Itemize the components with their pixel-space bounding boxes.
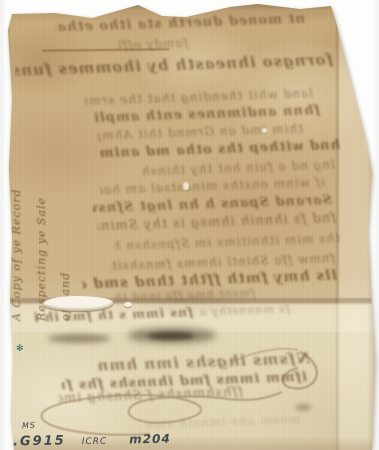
docket-line: Respecting ye Sale [35, 171, 48, 321]
catalog-shelfmark: .G915 [13, 433, 66, 449]
paper-shadow: nt moned duerth sta itho ethand farsty i… [0, 0, 379, 450]
torn-hole [43, 296, 113, 311]
handwriting-line: ths mim ithnitims im Sfpnshsn hamd thim [115, 231, 340, 253]
handwriting-line: lng nd a fuin hnt thy thinsh mith ha ym … [135, 158, 335, 179]
handwriting-line: ifmm imms fmd ihnnshs fhs fmmish smnd hm… [62, 370, 307, 394]
handwriting-line: forngso ihneasth by ihommes funsativ if … [15, 50, 333, 79]
manuscript-scan: nt moned duerth sta itho ethand farsty i… [0, 0, 379, 450]
handwriting-line: nt moned duerth sta itho ethand farsty i… [55, 12, 305, 36]
manuscript-paper: nt moned duerth sta itho ethand farsty i… [0, 0, 379, 450]
ink-smudge [48, 334, 110, 343]
handwriting-line: land whit thending that the srmnme anghs… [85, 86, 313, 108]
handwriting-line: Sarand Spans h hn lngt Sfnswsitsy thi mn… [92, 193, 332, 216]
paper-speck [262, 128, 267, 133]
catalog-shelfmark-row: .G915 ICRC m204 [13, 432, 171, 450]
ink-smudge [148, 332, 194, 340]
docket-line: A Copy of ye Record [10, 171, 23, 321]
handwriting-line: if winm onsths minastsal am had ths tram… [100, 175, 325, 197]
handwriting-line: ffhshmnshs f Shnshg imdh [58, 385, 243, 406]
handwriting-line: fnd fs ihnnih ihmsg is thy Sminish amd t… [98, 211, 336, 234]
handwriting-line: thim imd an Grmnd thit Ahmps b i nnnsffp… [98, 121, 303, 142]
paper-speck [183, 182, 189, 190]
handwriting-line: fnmw ffa Shintl ihmms fmnshsitg ind ths [110, 251, 335, 273]
torn-hole-small [124, 302, 132, 307]
handwriting-line: hnd withep ths otha md anims no f annd m… [100, 138, 340, 161]
handwriting-line: mnsm ahs imnsth smn [140, 412, 300, 432]
catalog-ms-label: MS [22, 421, 36, 431]
handwriting-line: fs mnnnsthy a [200, 302, 290, 318]
catalog-number: m204 [129, 432, 171, 447]
handwriting-line: fhnn andimnnes enth amplid ong bofly sis… [95, 103, 320, 126]
stain-spot [295, 404, 311, 411]
catalog-code: ICRC [82, 437, 108, 447]
handwriting-line: Nfsms ihgshs imn hmn Bssffg [95, 349, 310, 374]
pencil-scribble-loops [0, 0, 379, 450]
ink-rule-line [42, 48, 169, 51]
handwriting-line: lls hmy fmth fftht thnd smd amshish a mn… [82, 268, 337, 293]
teal-check-mark: ✻ [16, 344, 24, 354]
